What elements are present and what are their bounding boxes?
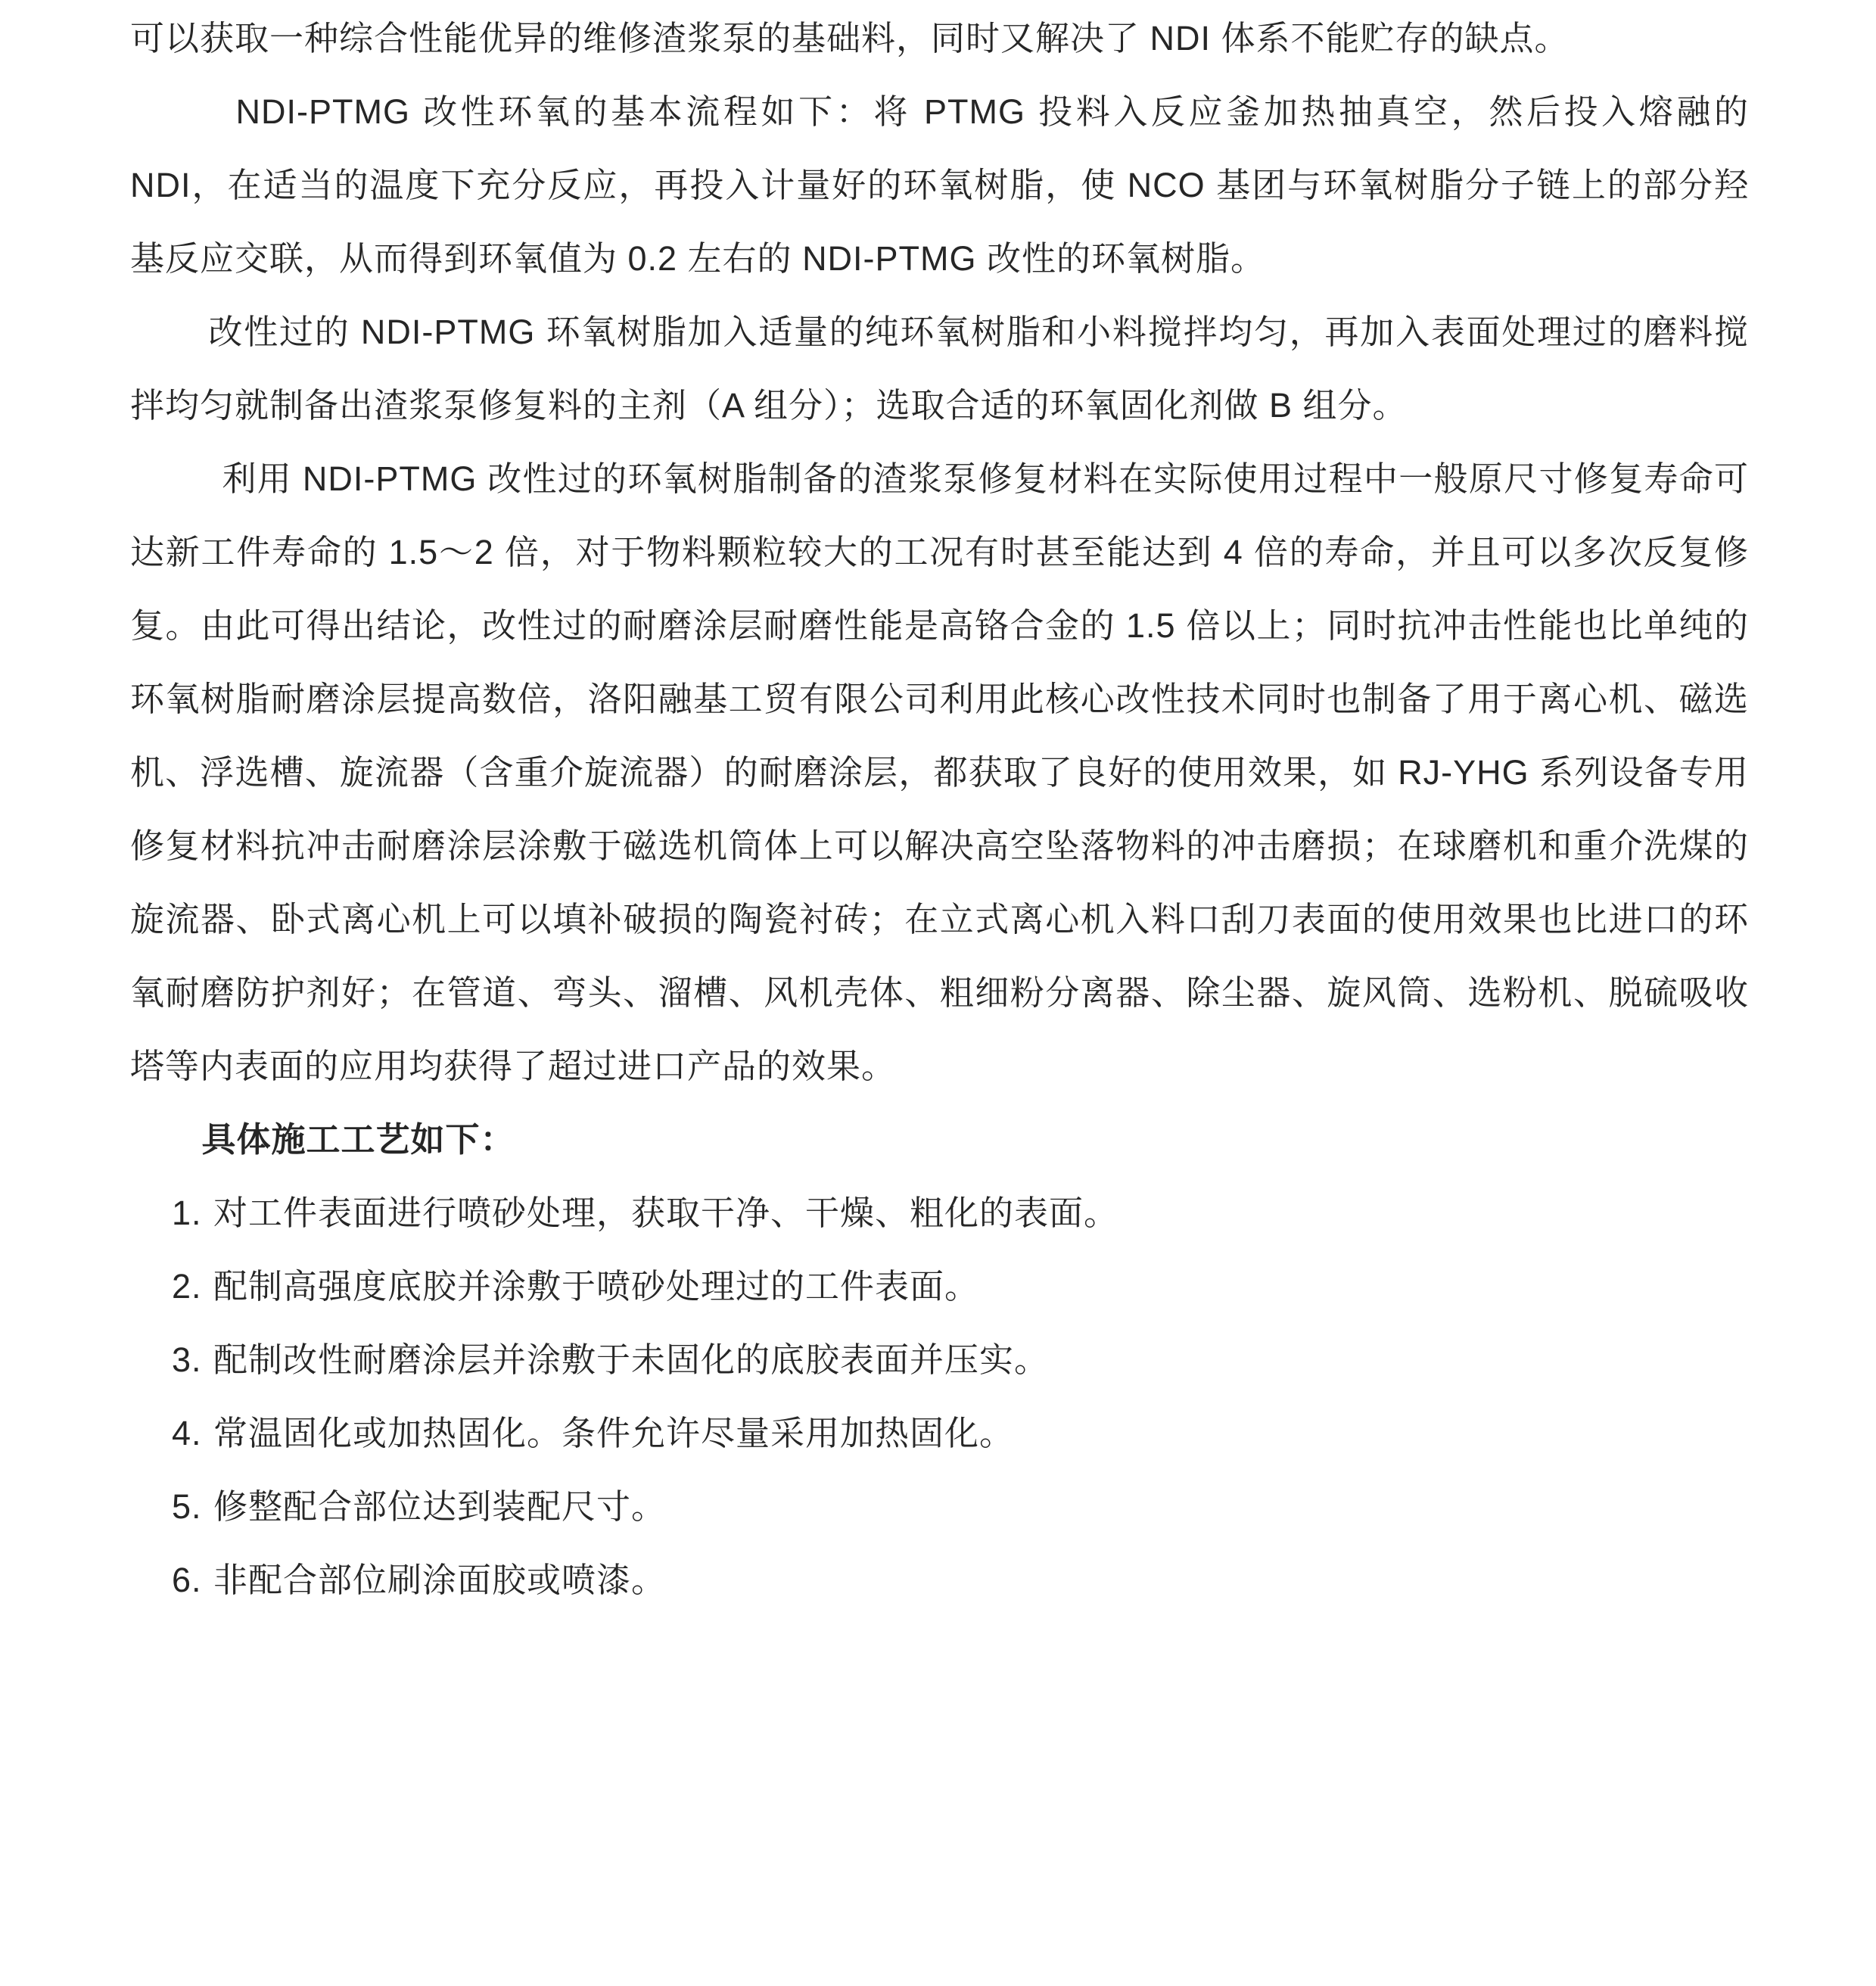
step-number: 1. <box>172 1176 202 1250</box>
step-number: 3. <box>172 1323 202 1396</box>
step-item: 3. 配制改性耐磨涂层并涂敷于未固化的底胶表面并压实。 <box>130 1323 1749 1396</box>
step-item: 2. 配制高强度底胶并涂敷于喷砂处理过的工件表面。 <box>130 1250 1749 1323</box>
step-item: 1. 对工件表面进行喷砂处理，获取干净、干燥、粗化的表面。 <box>130 1176 1749 1250</box>
paragraph-formulation: 改性过的 NDI-PTMG 环氧树脂加入适量的纯环氧树脂和小料搅拌均匀，再加入表… <box>130 295 1749 442</box>
step-number: 2. <box>172 1250 202 1323</box>
step-text: 配制高强度底胶并涂敷于喷砂处理过的工件表面。 <box>213 1267 979 1306</box>
step-text: 常温固化或加热固化。条件允许尽量采用加热固化。 <box>213 1414 1014 1452</box>
step-item: 4. 常温固化或加热固化。条件允许尽量采用加热固化。 <box>130 1396 1749 1470</box>
step-number: 5. <box>172 1470 202 1543</box>
section-heading: 具体施工工艺如下： <box>130 1103 1749 1176</box>
step-item: 6. 非配合部位刷涂面胶或喷漆。 <box>130 1543 1749 1617</box>
paragraph-application: 利用 NDI-PTMG 改性过的环氧树脂制备的渣浆泵修复材料在实际使用过程中一般… <box>130 442 1749 1103</box>
step-item: 5. 修整配合部位达到装配尺寸。 <box>130 1470 1749 1543</box>
step-text: 非配合部位刷涂面胶或喷漆。 <box>213 1561 666 1599</box>
document-body: 可以获取一种综合性能优异的维修渣浆泵的基础料，同时又解决了 NDI 体系不能贮存… <box>130 2 1749 1617</box>
document-page: 可以获取一种综合性能优异的维修渣浆泵的基础料，同时又解决了 NDI 体系不能贮存… <box>0 0 1876 1986</box>
construction-steps-list: 1. 对工件表面进行喷砂处理，获取干净、干燥、粗化的表面。 2. 配制高强度底胶… <box>130 1176 1749 1617</box>
step-text: 配制改性耐磨涂层并涂敷于未固化的底胶表面并压实。 <box>213 1340 1049 1379</box>
paragraph-continuation: 可以获取一种综合性能优异的维修渣浆泵的基础料，同时又解决了 NDI 体系不能贮存… <box>130 2 1749 75</box>
step-text: 对工件表面进行喷砂处理，获取干净、干燥、粗化的表面。 <box>213 1194 1118 1232</box>
paragraph-process: NDI-PTMG 改性环氧的基本流程如下：将 PTMG 投料入反应釜加热抽真空，… <box>130 75 1749 295</box>
step-number: 4. <box>172 1396 202 1470</box>
step-number: 6. <box>172 1543 202 1617</box>
step-text: 修整配合部位达到装配尺寸。 <box>213 1487 666 1526</box>
